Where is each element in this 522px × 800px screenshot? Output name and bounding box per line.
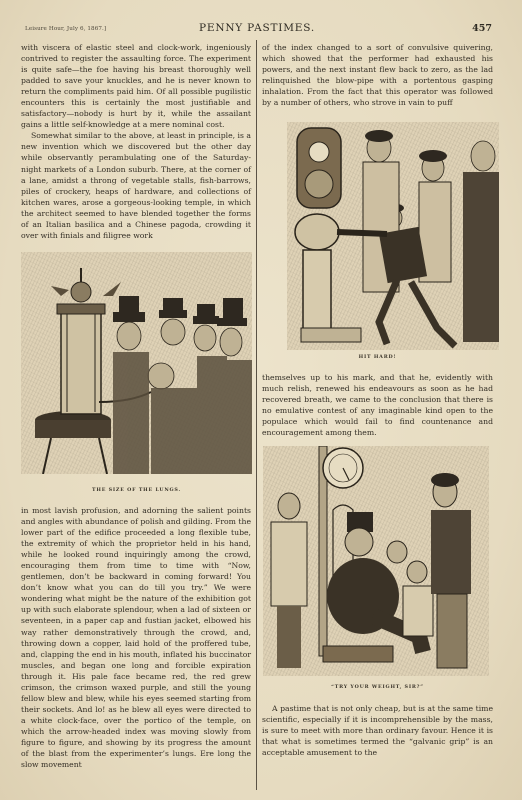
right-column-top: of the index changed to a sort of convul… (262, 42, 493, 108)
engraving-hit-hard-icon (287, 122, 499, 350)
illustration-try-your-weight (263, 446, 489, 676)
caption-try-your-weight: “TRY YOUR WEIGHT, SIR?” (262, 684, 493, 690)
paragraph: themselves up to his mark, and that he, … (262, 372, 493, 438)
engraving-weight-icon (263, 446, 489, 676)
illustration-hit-hard (287, 122, 499, 350)
running-head: Leisure Hour, July 6, 1867.] PENNY PASTI… (22, 22, 492, 36)
newspaper-page: Leisure Hour, July 6, 1867.] PENNY PASTI… (0, 0, 522, 800)
left-column-top: with viscera of elastic steel and clock-… (21, 42, 251, 241)
paragraph: of the index changed to a sort of convul… (262, 42, 493, 108)
paragraph: Somewhat similar to the above, at least … (21, 130, 251, 240)
page-number: 457 (472, 23, 492, 34)
paragraph: A pastime that is not only cheap, but is… (262, 703, 493, 758)
caption-hit-hard: HIT HARD! (262, 354, 493, 360)
illustration-size-of-lungs (21, 252, 252, 474)
page-title: PENNY PASTIMES. (22, 22, 492, 34)
column-divider (256, 40, 257, 790)
right-column-bottom: A pastime that is not only cheap, but is… (262, 703, 493, 758)
engraving-lungs-icon (21, 252, 252, 474)
left-column-bottom: in most lavish profusion, and adorning t… (21, 505, 251, 770)
right-column-middle: themselves up to his mark, and that he, … (262, 372, 493, 438)
paragraph: with viscera of elastic steel and clock-… (21, 42, 251, 130)
caption-size-of-lungs: THE SIZE OF THE LUNGS. (21, 487, 252, 493)
paragraph: in most lavish profusion, and adorning t… (21, 505, 251, 770)
